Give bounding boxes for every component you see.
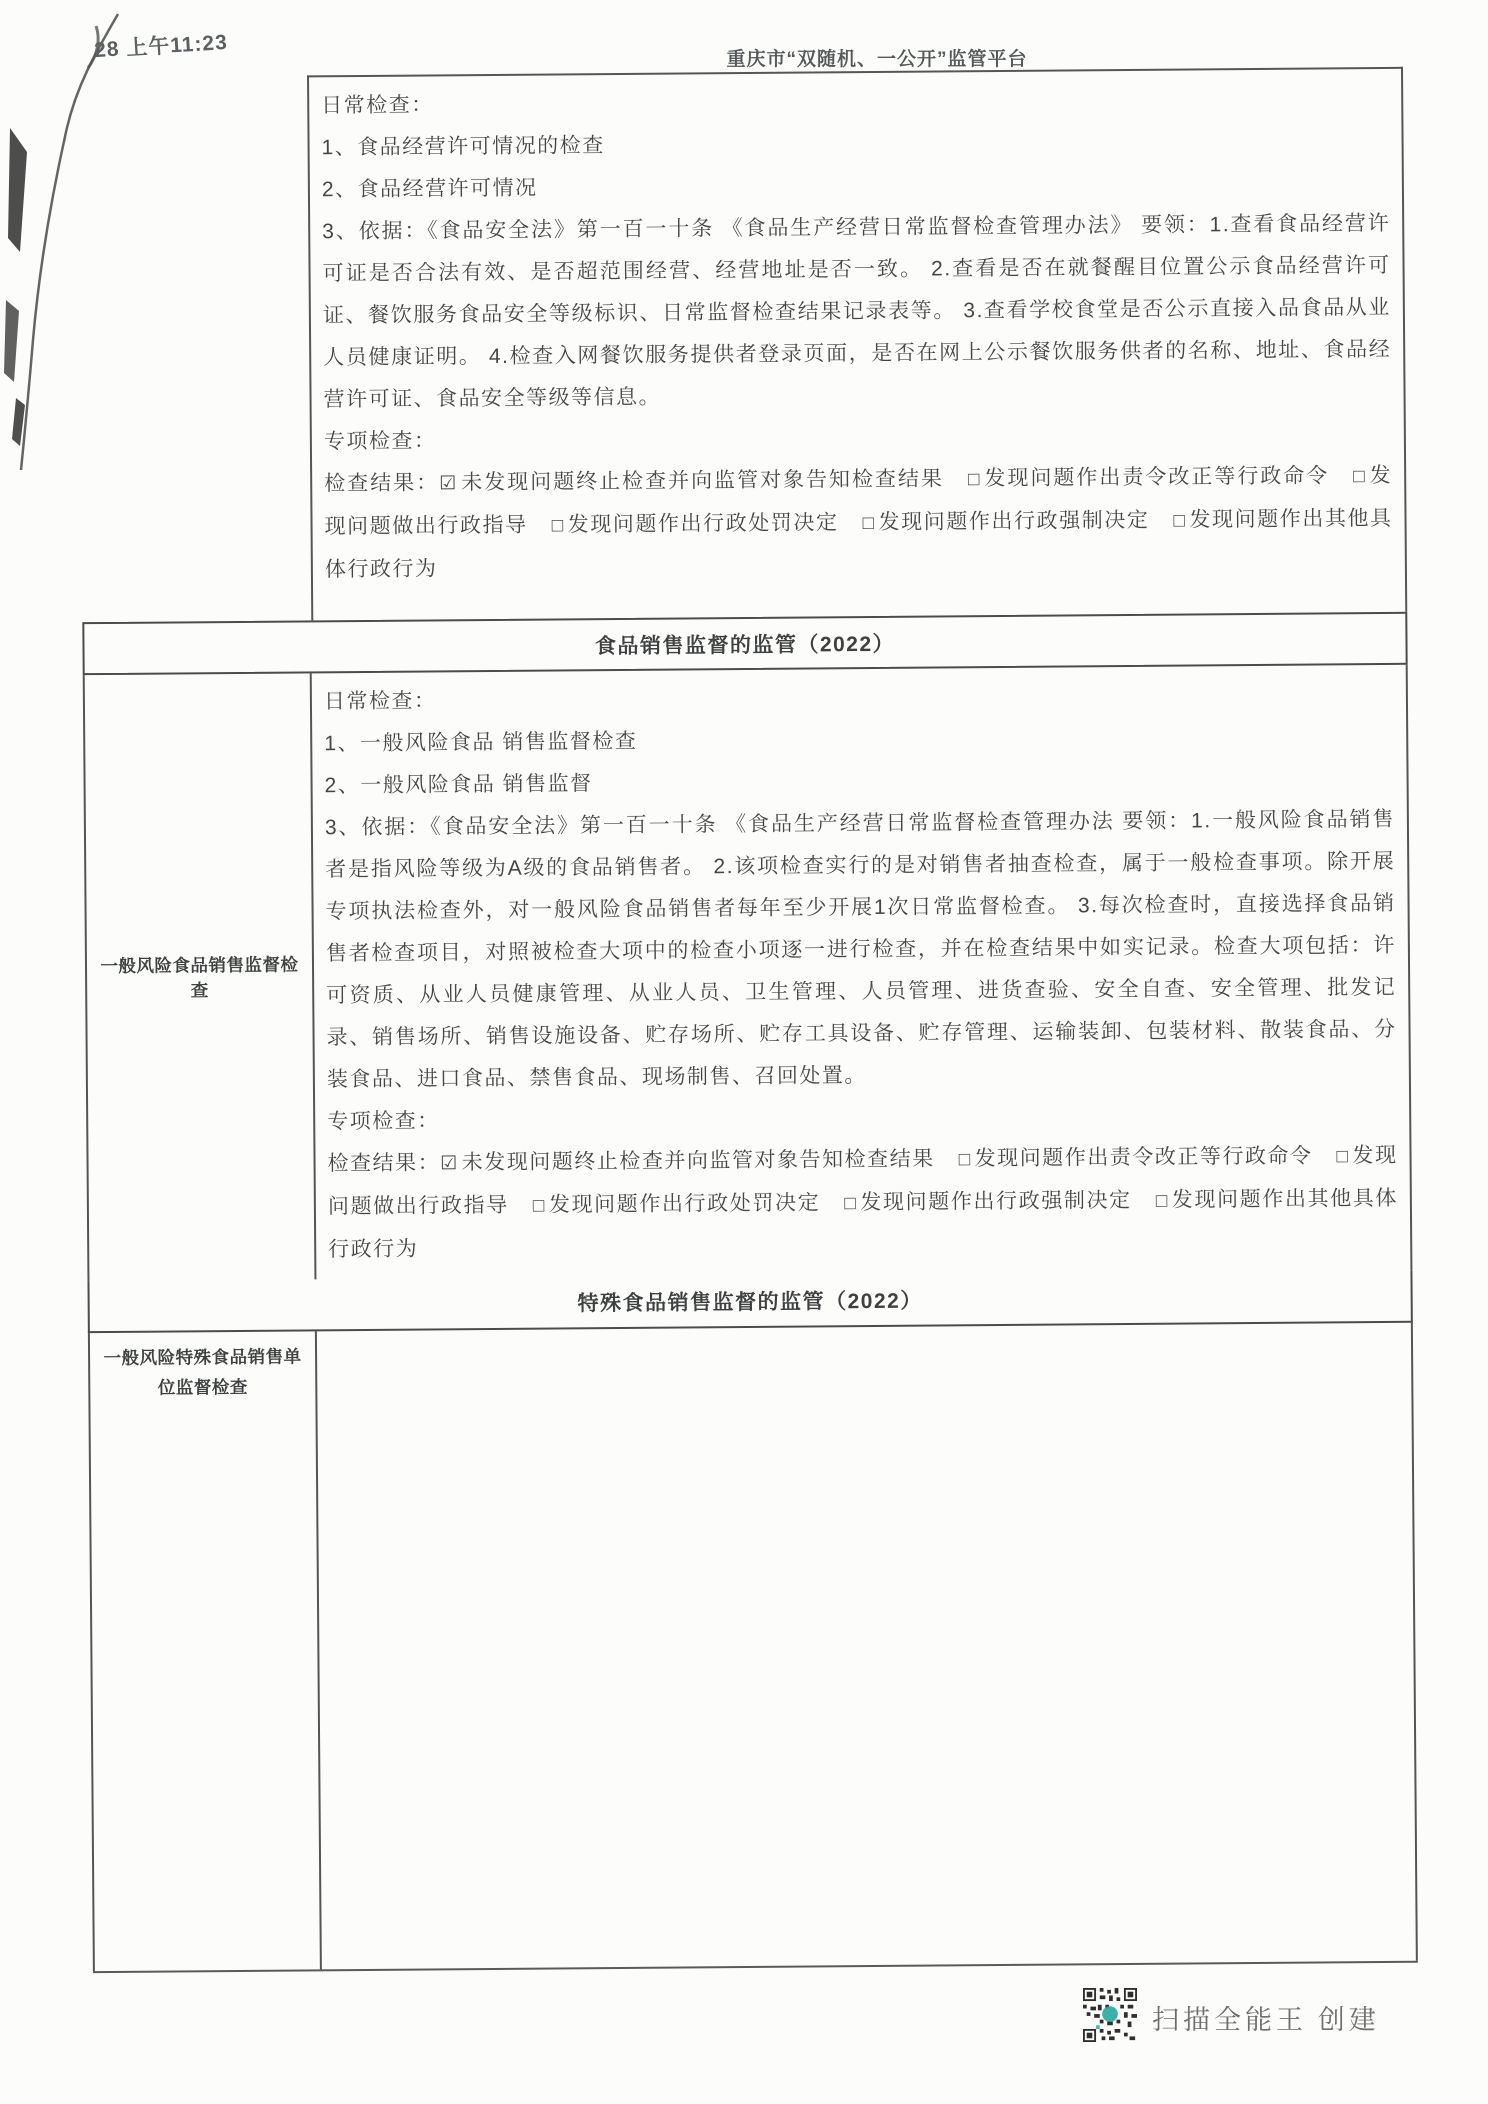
result-option-label: 发现问题作出责令改正等行政命令 <box>984 464 1329 490</box>
result-label: 检查结果： <box>324 471 439 495</box>
inspection-result-line: 检查结果：☑未发现问题终止检查并向监管对象告知检查结果□发现问题作出责令改正等行… <box>327 1135 1398 1271</box>
checkbox-unchecked-icon: □ <box>1353 466 1367 487</box>
checkbox-unchecked-icon: □ <box>968 469 982 490</box>
timestamp-stamp: 28 上午11:23 <box>93 26 228 64</box>
result-option-label: 未发现问题终止检查并向监管对象告知检查结果 <box>462 1148 935 1175</box>
legal-basis-paragraph: 3、依据：《食品安全法》第一百一十条 《食品生产经营日常监督检查管理办法》 要领… <box>322 203 1392 421</box>
row-label-empty <box>78 75 311 622</box>
result-option: ☑未发现问题终止检查并向监管对象告知检查结果 <box>440 1148 935 1175</box>
result-option-label: 发现问题作出责令改正等行政命令 <box>975 1145 1313 1171</box>
result-option: □发现问题作出责令改正等行政命令 <box>968 464 1329 490</box>
scanner-credit-text: 扫描全能王 创建 <box>1152 1998 1380 2037</box>
result-option: □发现问题作出行政处罚决定 <box>533 1191 821 1216</box>
empty-content-cell <box>317 1323 1418 1970</box>
platform-title: 重庆市“双随机、一公开”监管平台 <box>726 44 1027 71</box>
row-label-special-food: 一般风险特殊食品销售单位监督检查 <box>88 1331 322 1971</box>
checkbox-unchecked-icon: □ <box>1173 511 1186 532</box>
result-option-label: 未发现问题终止检查并向监管对象告知检查结果 <box>461 467 944 494</box>
scanned-page: 28 上午11:23 重庆市“双随机、一公开”监管平台 日常检查： 1、食品经营… <box>0 0 1488 2104</box>
result-option: □发现问题作出行政强制决定 <box>844 1189 1132 1214</box>
result-option-label: 发现问题作出行政处罚决定 <box>549 1191 821 1216</box>
result-option-label: 发现问题作出行政强制决定 <box>879 509 1150 534</box>
table-row: 日常检查： 1、食品经营许可情况的检查 2、食品经营许可情况 3、依据：《食品安… <box>78 67 1407 622</box>
result-option: ☑未发现问题终止检查并向监管对象告知检查结果 <box>439 467 944 494</box>
result-option: □发现问题作出行政处罚决定 <box>552 511 839 536</box>
checkbox-unchecked-icon: □ <box>552 515 565 536</box>
checkbox-unchecked-icon: □ <box>959 1149 972 1170</box>
checkbox-unchecked-icon: □ <box>844 1193 857 1214</box>
checkbox-unchecked-icon: □ <box>1156 1191 1169 1212</box>
qr-code-icon <box>1083 1988 1137 2042</box>
checkbox-checked-icon: ☑ <box>440 1153 459 1174</box>
result-option: □发现问题作出责令改正等行政命令 <box>959 1145 1313 1171</box>
table-row: 一般风险食品销售监督检查 日常检查： 1、一般风险食品 销售监督检查 2、一般风… <box>83 665 1413 1281</box>
daily-inspection-block-general-risk: 日常检查： 1、一般风险食品 销售监督检查 2、一般风险食品 销售监督 3、依据… <box>312 665 1413 1280</box>
table-row: 一般风险特殊食品销售单位监督检查 <box>88 1323 1418 1973</box>
legal-basis-paragraph: 3、依据：《食品安全法》第一百一十条 《食品生产经营日常监督检查管理办法 要领：… <box>325 799 1397 1101</box>
inspection-table: 日常检查： 1、食品经营许可情况的检查 2、食品经营许可情况 3、依据：《食品安… <box>78 67 1418 1973</box>
result-option-label: 发现问题作出行政强制决定 <box>860 1189 1132 1214</box>
row-label-general-risk-food: 一般风险食品销售监督检查 <box>83 673 317 1281</box>
inspection-result-line: 检查结果：☑未发现问题终止检查并向监管对象告知检查结果□发现问题作出责令改正等行… <box>324 455 1393 591</box>
result-option: □发现问题作出行政强制决定 <box>862 509 1149 534</box>
checkbox-checked-icon: ☑ <box>439 473 458 494</box>
result-label: 检查结果： <box>327 1151 440 1175</box>
daily-inspection-block-licence: 日常检查： 1、食品经营许可情况的检查 2、食品经营许可情况 3、依据：《食品安… <box>307 67 1407 621</box>
checkbox-unchecked-icon: □ <box>1336 1146 1349 1167</box>
checkbox-unchecked-icon: □ <box>533 1196 546 1217</box>
checkbox-unchecked-icon: □ <box>862 513 875 534</box>
result-option-label: 发现问题作出行政处罚决定 <box>568 511 839 536</box>
